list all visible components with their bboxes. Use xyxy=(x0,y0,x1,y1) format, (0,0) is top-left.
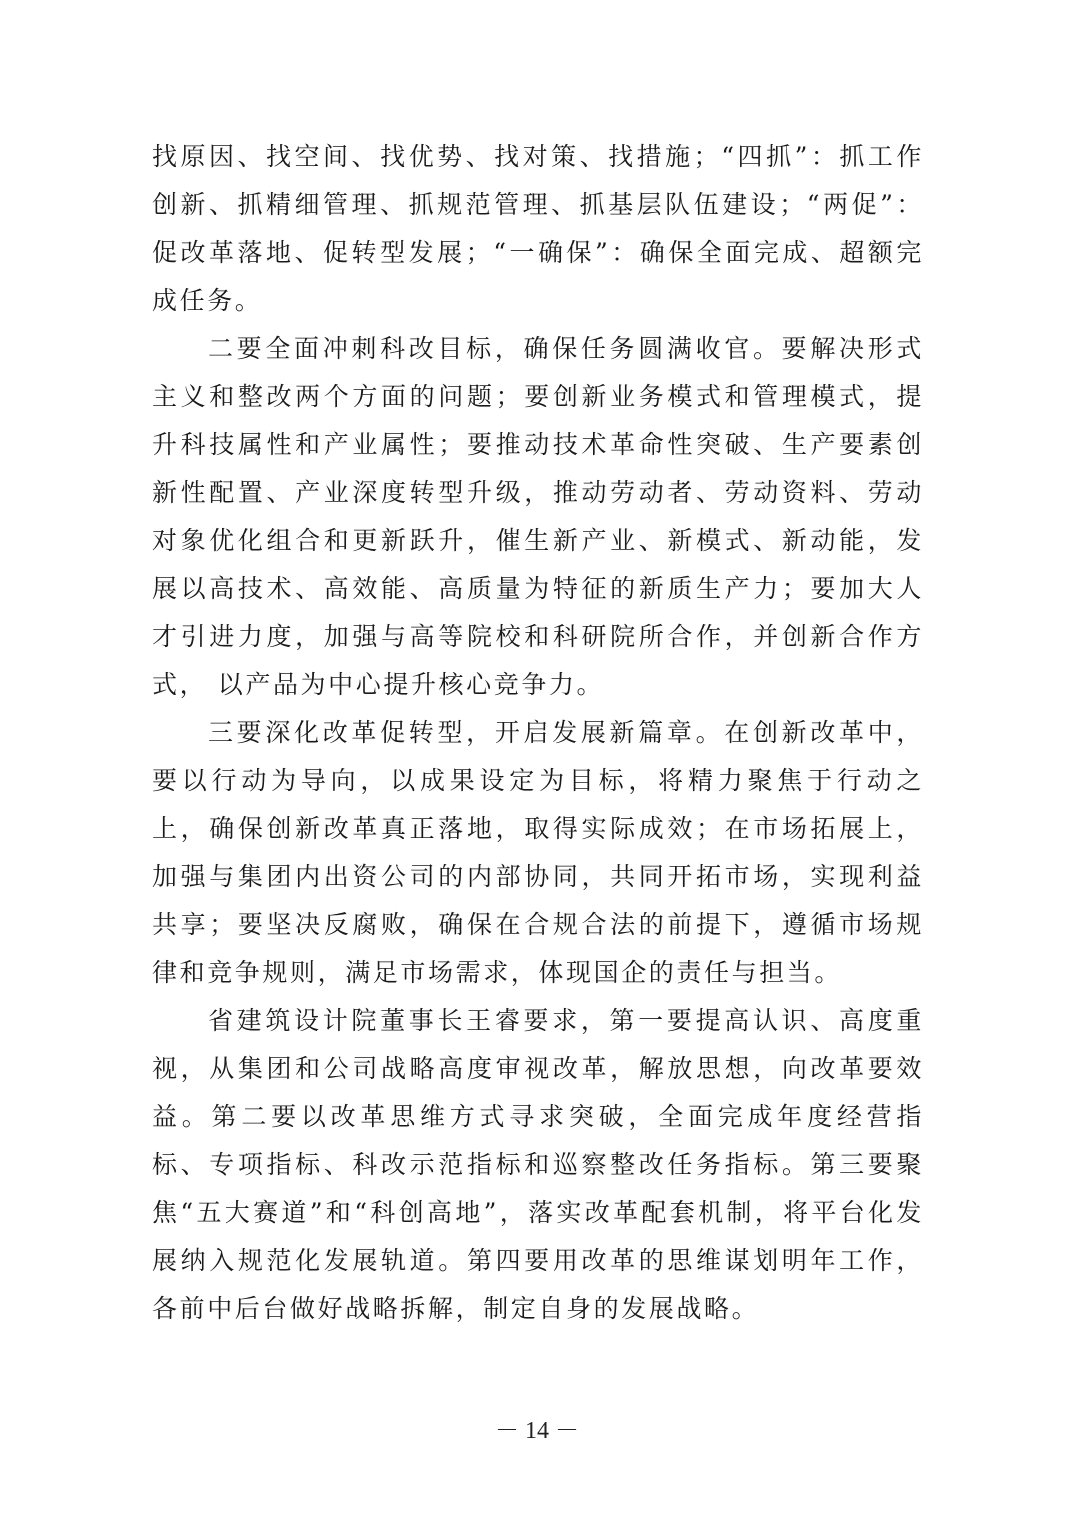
document-page: 找原因、找空间、找优势、找对策、找措施；“四抓”：抓工作创新、抓精细管理、抓规范… xyxy=(0,0,1074,1520)
paragraph-1: 找原因、找空间、找优势、找对策、找措施；“四抓”：抓工作创新、抓精细管理、抓规范… xyxy=(152,133,924,325)
paragraph-4: 省建筑设计院董事长王睿要求，第一要提高认识、高度重视，从集团和公司战略高度审视改… xyxy=(152,997,924,1333)
body-text: 找原因、找空间、找优势、找对策、找措施；“四抓”：抓工作创新、抓精细管理、抓规范… xyxy=(152,133,924,1333)
paragraph-2: 二要全面冲刺科改目标，确保任务圆满收官。要解决形式主义和整改两个方面的问题；要创… xyxy=(152,325,924,709)
page-number: － 14 － xyxy=(0,1410,1074,1445)
paragraph-3: 三要深化改革促转型，开启发展新篇章。在创新改革中，要以行动为导向，以成果设定为目… xyxy=(152,709,924,997)
